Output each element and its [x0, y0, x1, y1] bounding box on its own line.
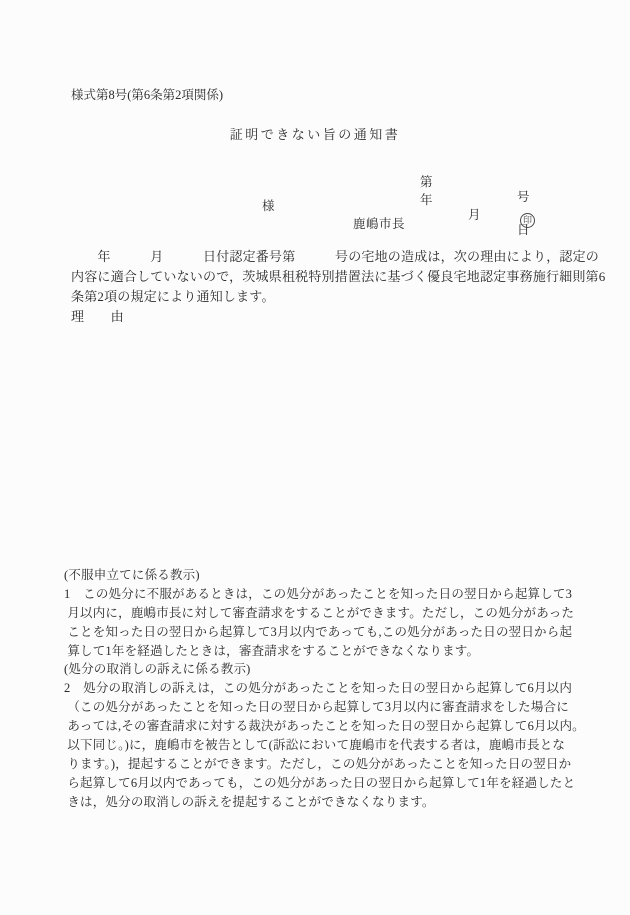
document-title: 証明できない旨の通知書 [0, 124, 630, 143]
revocation-section-heading: (処分の取消しの訴えに係る教示) [64, 660, 585, 679]
body-line: 内容に適合していないので，茨城県租税特別措置法に基づく優良宅地認定事務施行細則第… [71, 267, 605, 287]
note-line: 算して1年を経過したときは，審査請求をすることができなくなります。 [64, 642, 585, 661]
note-line: ことを知った日の翌日から起算して3月以内であっても,この処分があった日の翌日から… [64, 623, 585, 642]
form-number: 様式第8号(第6条第2項関係) [71, 85, 223, 103]
note-line: あっては,その審査請求に対する裁決があったことを知った日の翌日から起算して6月以… [64, 717, 585, 736]
appeal-instructions: (不服申立てに係る教示) 1 この処分に不服があるときは，この処分があったことを… [64, 566, 585, 812]
body-paragraph: 年 月 日付認定番号第 号の宅地の造成は，次の理由により，認定の 内容に適合して… [71, 247, 605, 327]
note-line: 1 この処分に不服があるときは，この処分があったことを知った日の翌日から起算して… [64, 585, 585, 604]
note-line: （この処分があったことを知った日の翌日から起算して3月以内に審査請求をした場合に [64, 698, 585, 717]
addressee-honorific: 様 [262, 196, 275, 214]
note-line: ら起算して6月以内であっても，この処分があった日の翌日から起算して1年を経過した… [64, 774, 585, 793]
mayor-seal-icon: 印 [520, 213, 535, 228]
year-label: 年 [420, 190, 433, 208]
body-line: 年 月 日付認定番号第 号の宅地の造成は，次の理由により，認定の [71, 247, 605, 267]
note-line: 以下同じ。)に，鹿嶋市を被告として(訴訟において鹿嶋市を代表する者は，鹿嶋市長と… [64, 736, 585, 755]
sender-line: 鹿嶋市長 印 [0, 214, 630, 232]
notice-document-page: 様式第8号(第6条第2項関係) 証明できない旨の通知書 第 号 年 月 日 様 … [0, 0, 630, 915]
note-line: ります。)，提起することができます。ただし，この処分があったことを知った日の翌日… [64, 755, 585, 774]
note-line: 月以内に，鹿嶋市長に対して審査請求をすることができます。ただし，この処分があった [64, 604, 585, 623]
date-line: 年 月 日 [0, 175, 630, 250]
body-line: 条第2項の規定により通知します。 [71, 287, 605, 307]
note-line: 2 処分の取消しの訴えは，この処分があったことを知った日の翌日から起算して6月以… [64, 679, 585, 698]
note-line: きは，処分の取消しの訴えを提起することができなくなります。 [64, 793, 585, 812]
appeal-section-heading: (不服申立てに係る教示) [64, 566, 585, 585]
reason-label: 理 由 [71, 307, 605, 327]
sender-title: 鹿嶋市長 [353, 214, 405, 232]
